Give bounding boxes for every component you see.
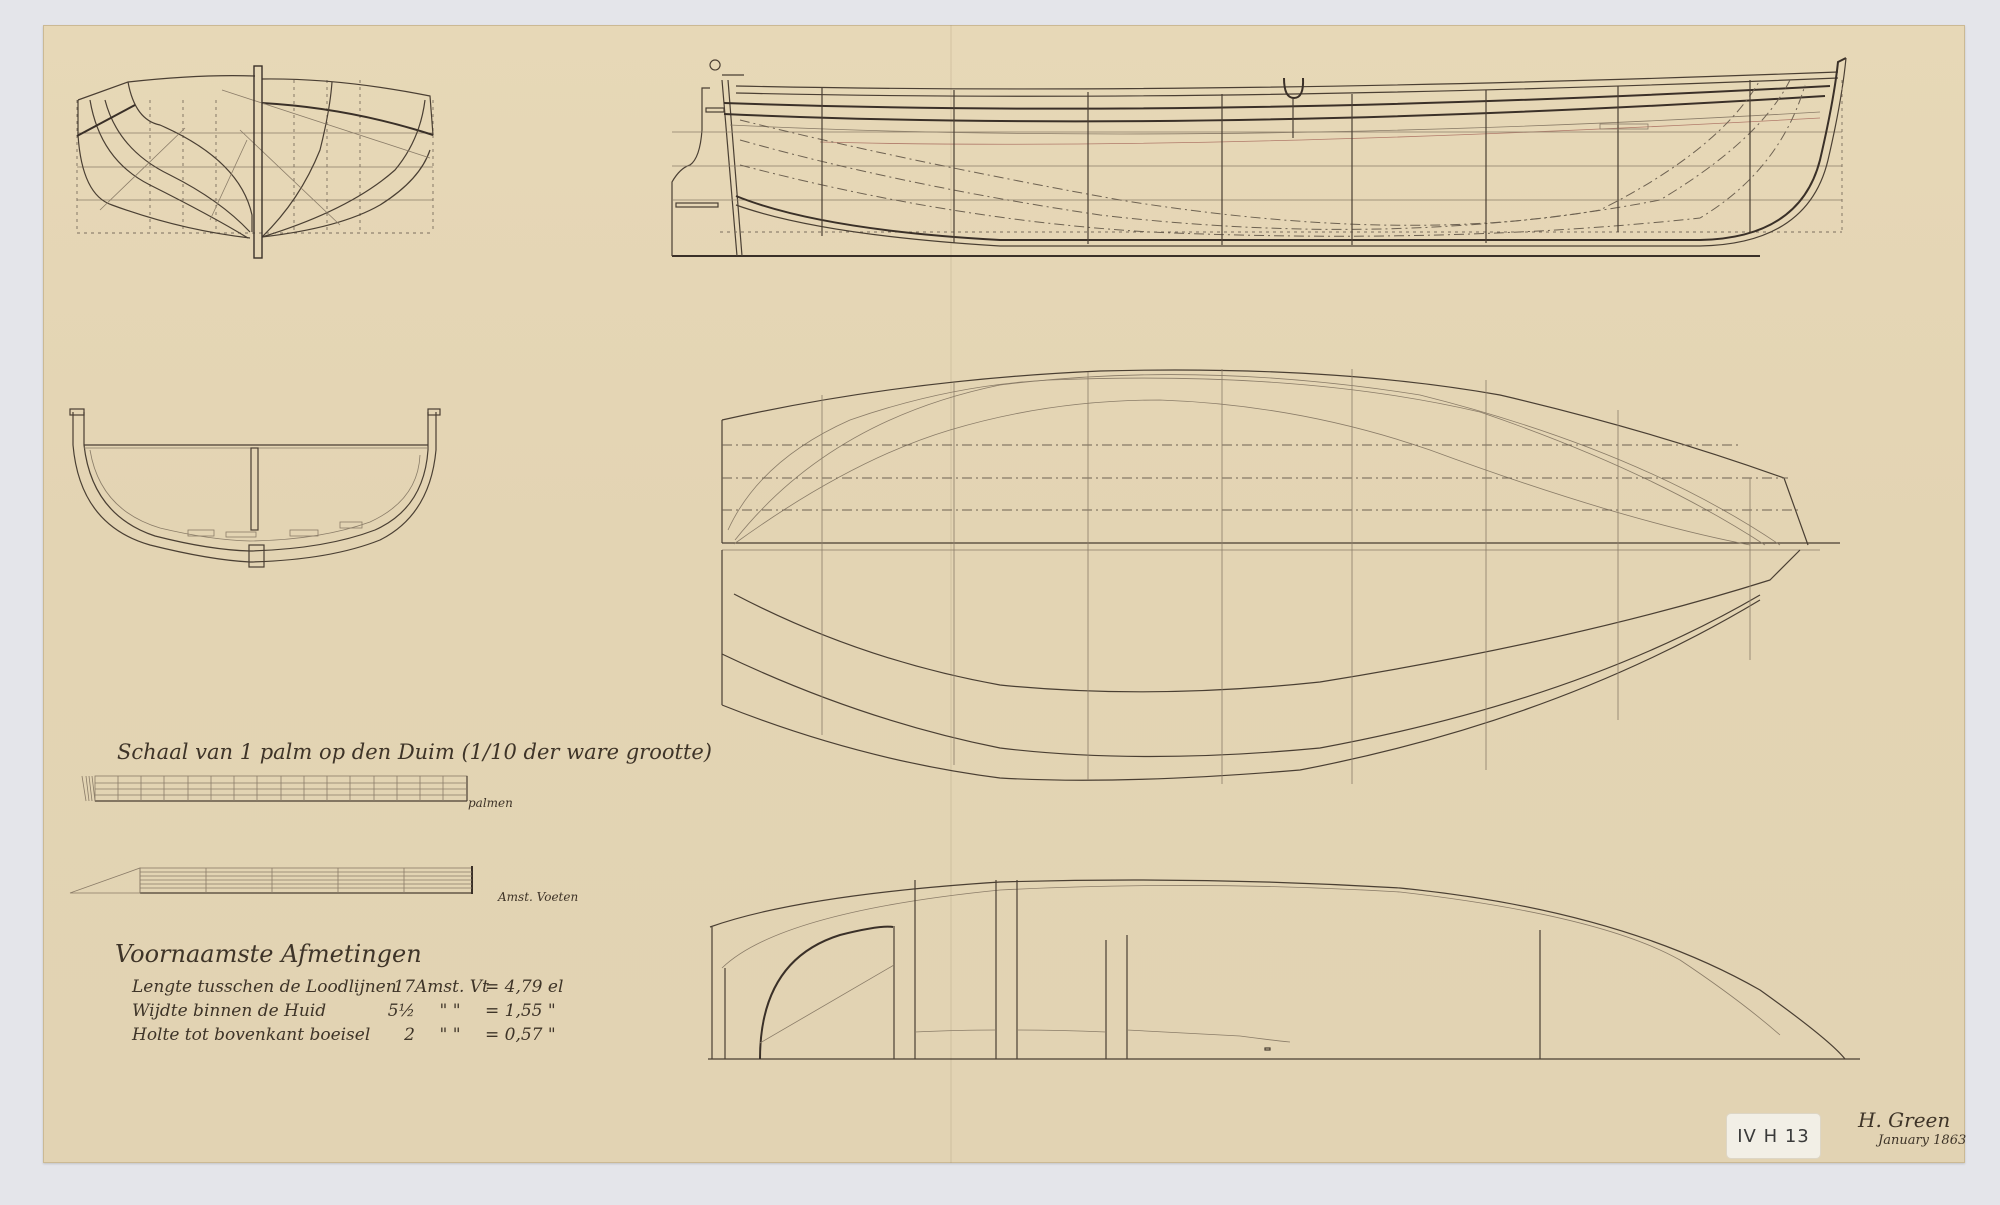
dimension-metric: = 4,79 el (485, 977, 545, 997)
sheer-plan (672, 58, 1846, 256)
dimension-value: 5½ (377, 1001, 415, 1021)
dimension-metric: = 0,57 " (485, 1025, 545, 1045)
dimension-row: Lengte tusschen de Loodlijnen17Amst. Vt=… (132, 977, 545, 997)
body-plan (77, 66, 433, 258)
dimension-metric: = 1,55 " (485, 1001, 545, 1021)
scale-title: Schaal van 1 palm op den Duim (1/10 der … (117, 740, 712, 764)
dimension-value: 17 (377, 977, 415, 997)
dimension-label: Wijdte binnen de Huid (132, 1001, 377, 1021)
scale-bar-palmen (82, 776, 467, 801)
dimension-row: Wijdte binnen de Huid5½" "= 1,55 " (132, 1001, 545, 1021)
scale-unit-palmen: palmen (468, 796, 513, 810)
archive-label: IV H 13 (1727, 1114, 1820, 1158)
signature-date: January 1863 (1878, 1133, 1966, 1148)
dimension-unit: Amst. Vt (415, 977, 485, 997)
midship-section (70, 409, 440, 567)
signature-name: H. Green (1858, 1108, 1950, 1132)
dimension-unit: " " (415, 1001, 485, 1021)
scale-unit-voeten: Amst. Voeten (498, 890, 578, 904)
scale-bar-amst-voeten (70, 866, 472, 894)
dimensions-title: Voornaamste Afmetingen (115, 940, 422, 968)
dimension-row: Holte tot bovenkant boeisel2" "= 0,57 " (132, 1025, 545, 1045)
deck-plan (708, 880, 1860, 1059)
dimension-value: 2 (377, 1025, 415, 1045)
dimension-label: Holte tot bovenkant boeisel (132, 1025, 377, 1045)
dimension-label: Lengte tusschen de Loodlijnen (132, 977, 377, 997)
half-breadth-plan (722, 369, 1840, 784)
dimension-unit: " " (415, 1025, 485, 1045)
